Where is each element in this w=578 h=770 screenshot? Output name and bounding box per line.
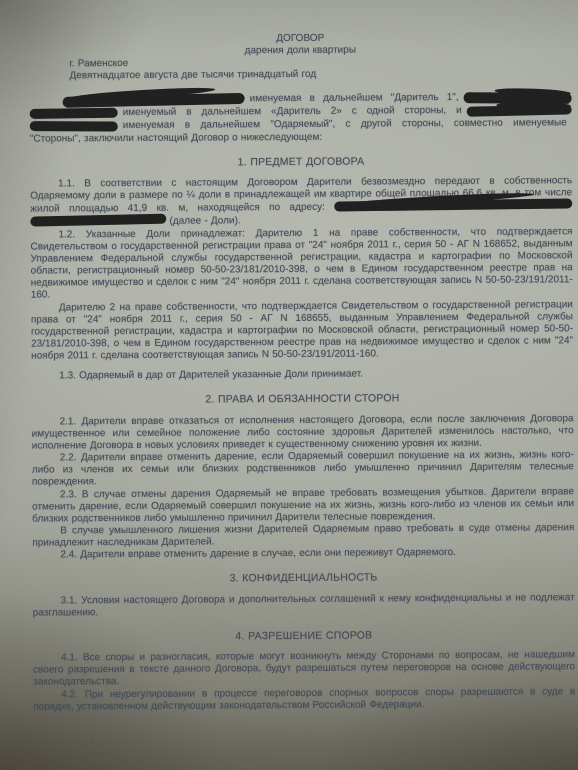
contract-page: ДОГОВОР дарения доли квартиры г. Раменск… (0, 0, 578, 714)
preamble-text-4: "Стороны", заключили настоящий Договор о… (30, 130, 572, 145)
paragraph-2-3b: В случае умышленного лишения жизни Дарит… (32, 522, 574, 550)
redaction-bar-address-1 (334, 199, 572, 212)
redaction-bar-address-2 (30, 214, 166, 227)
redaction-bar-donor2-name-end (30, 108, 118, 119)
paragraph-1-2a: 1.2. Указанные Доли принадлежат: Дарител… (30, 226, 572, 302)
paragraph-1-1-tail: (далее - Доли). (170, 216, 241, 227)
paragraph-2-1: 2.1. Дарители вправе отказаться от испол… (32, 413, 574, 453)
paragraph-1-3: 1.3. Одаряемый в дар от Дарителей указан… (31, 368, 573, 383)
paragraph-2-4: 2.4. Дарители вправе отменить дарение в … (32, 547, 574, 562)
paragraph-1-2b: Дарителю 2 на праве собственности, что п… (31, 299, 573, 363)
section-heading-1: 1. ПРЕДМЕТ ДОГОВОРА (30, 154, 572, 169)
paragraph-4-2: 4.2. При неурегулировании в процессе пер… (33, 686, 575, 714)
paragraph-1-1: 1.1. В соответствии с настоящим Договоро… (30, 175, 572, 229)
paragraph-2-3: 2.3. В случае отмены дарения Одаряемый н… (32, 486, 574, 526)
preamble-text-2: именуемый в дальнейшем «Даритель 2» с од… (118, 105, 467, 119)
paragraph-3-1: 3.1. Условия настоящего Договора и допол… (33, 592, 575, 620)
section-heading-3: 3. КОНФИДЕНЦИАЛЬНОСТЬ (33, 571, 575, 586)
paragraph-2-2: 2.2. Дарители вправе отменить дарение, е… (32, 449, 574, 489)
document-photo: ДОГОВОР дарения доли квартиры г. Раменск… (0, 0, 578, 770)
preamble-text-1: именуемая в дальнейшем "Даритель 1", (245, 92, 464, 105)
paragraph-4-1: 4.1. Все споры и разногласия, которые мо… (33, 649, 575, 689)
section-heading-2: 2. ПРАВА И ОБЯЗАННОСТИ СТОРОН (31, 392, 573, 407)
redaction-bar-donee-name-start (467, 105, 572, 117)
section-heading-4: 4. РАЗРЕШЕНИЕ СПОРОВ (33, 628, 575, 643)
redaction-bar-donee-name-end (30, 121, 118, 132)
